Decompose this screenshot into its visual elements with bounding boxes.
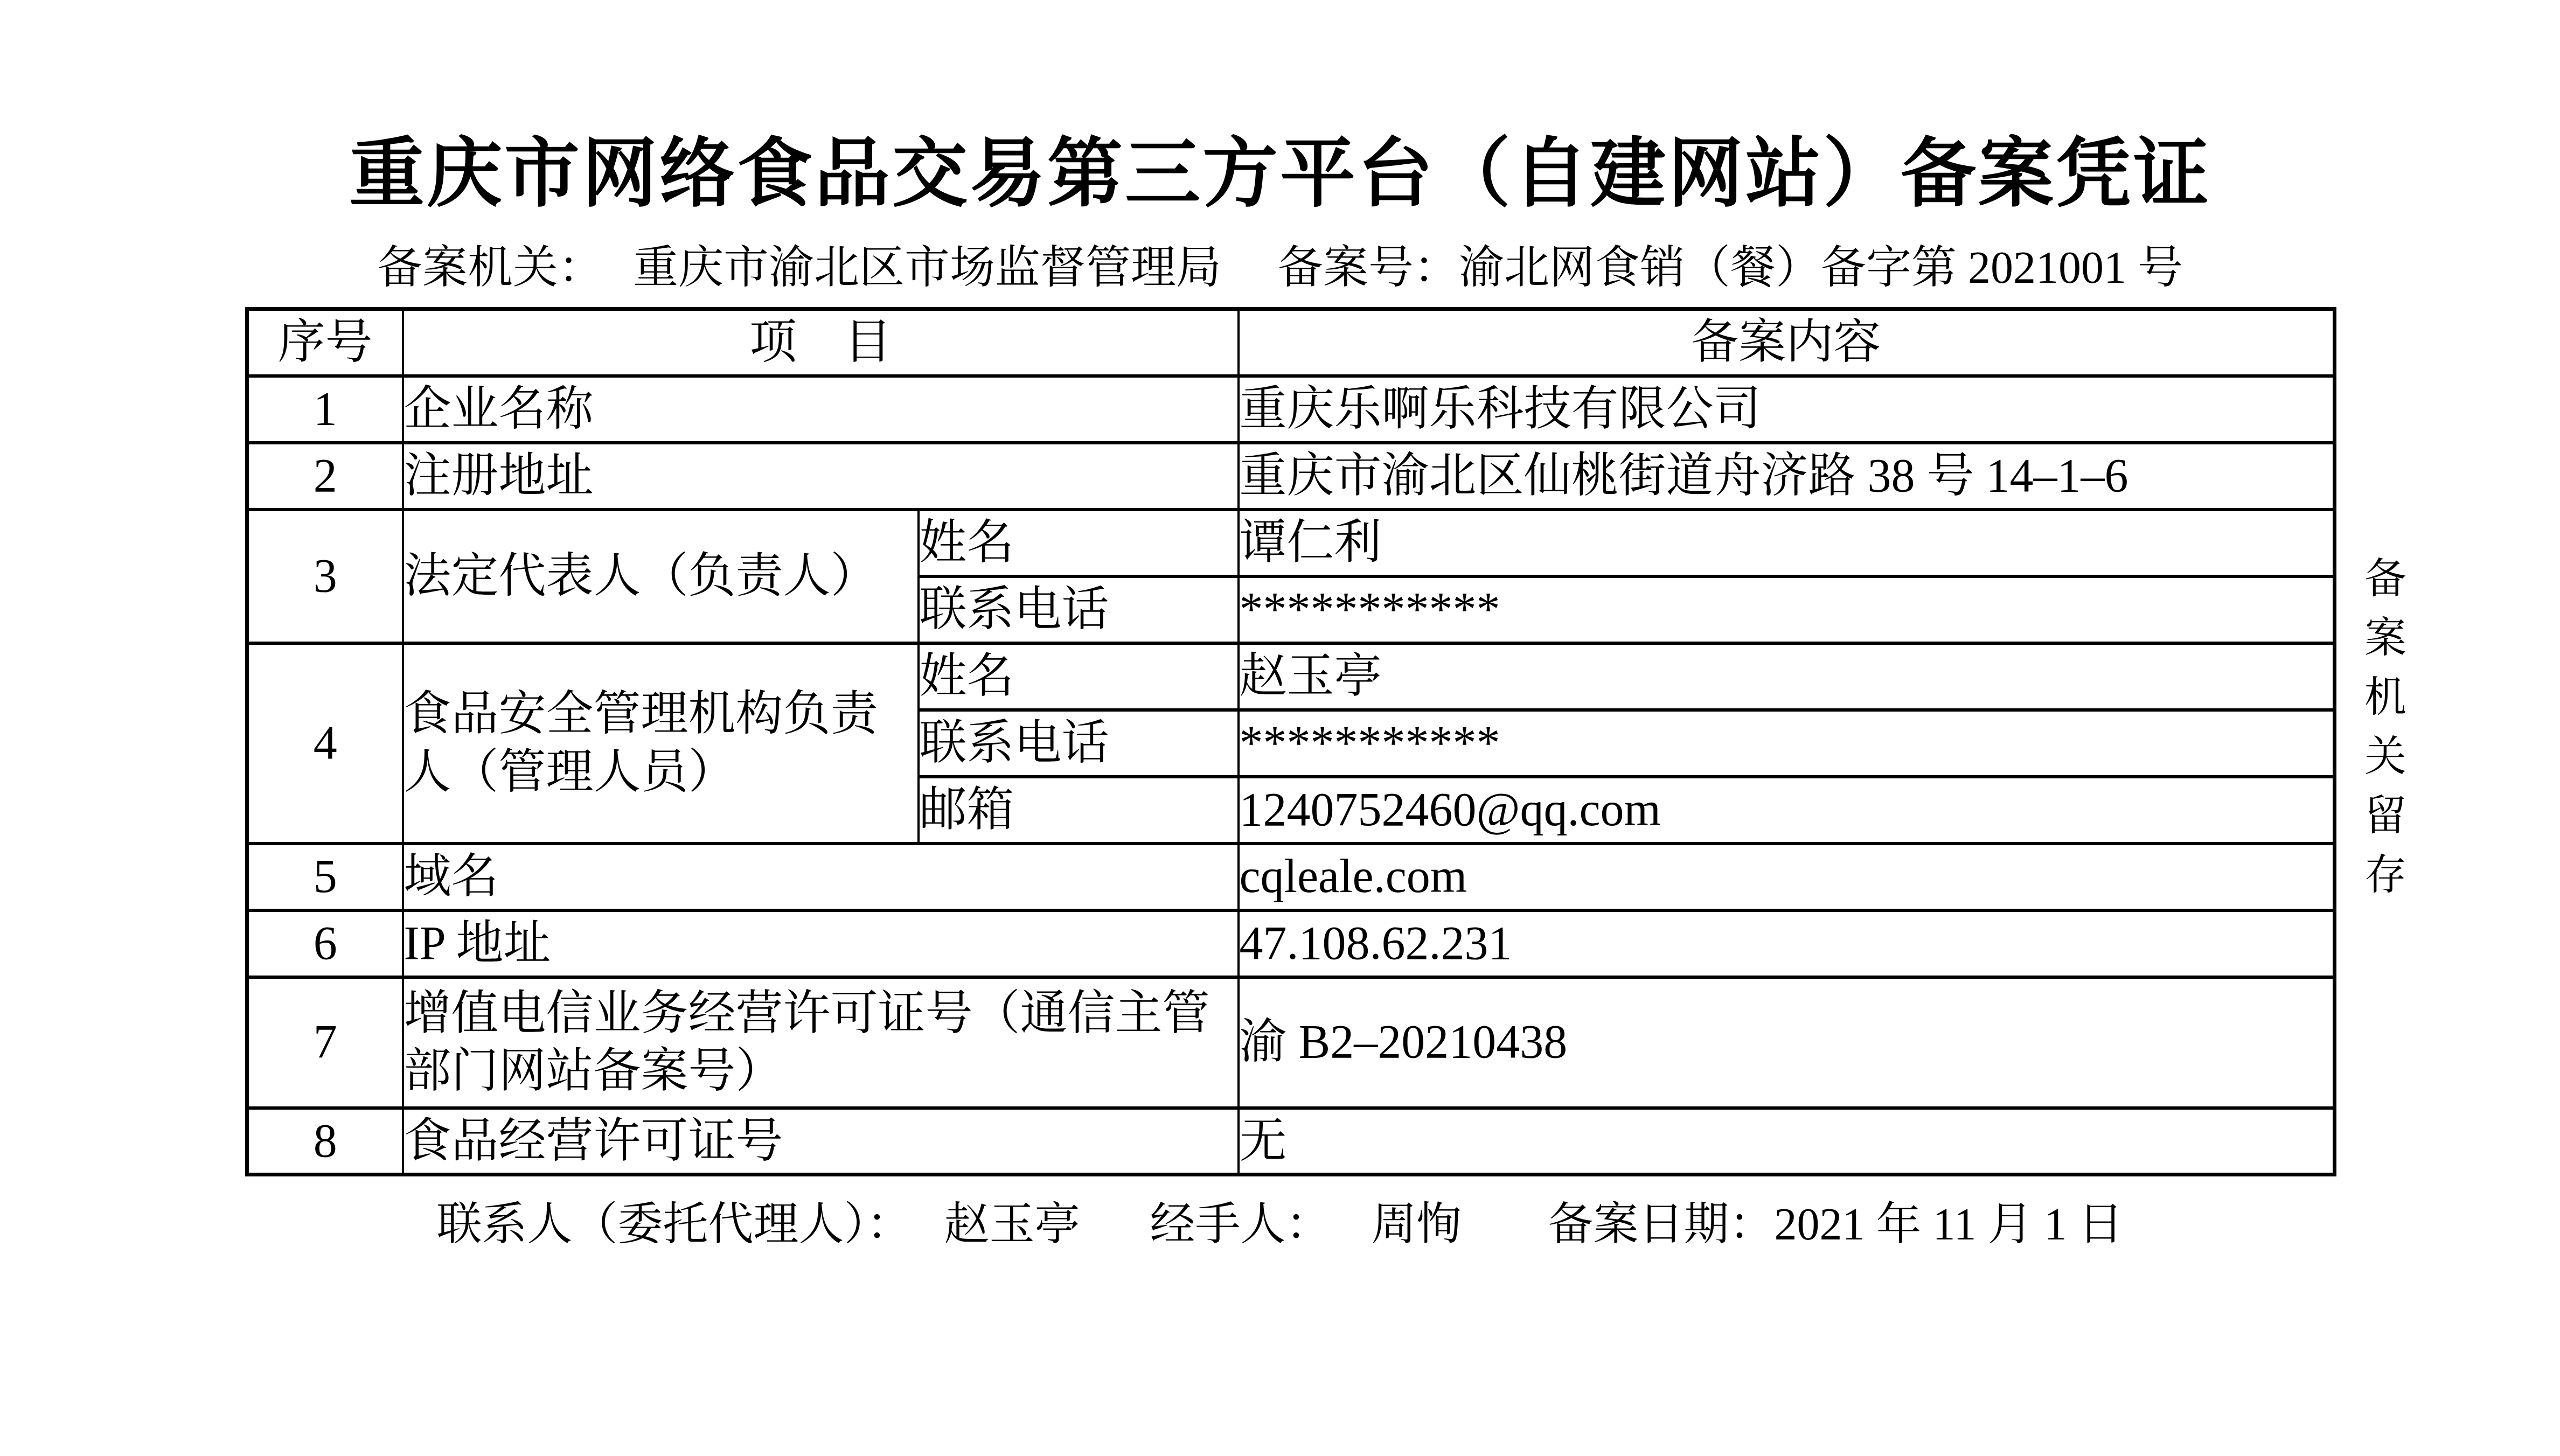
row-no: 3 — [247, 510, 403, 643]
item-value: 渝 B2–20210438 — [1239, 977, 2335, 1108]
record-no-label: 备案号： — [1278, 243, 1459, 293]
sub-value: 1240752460@qq.com — [1239, 777, 2335, 844]
item-value: 重庆乐啊乐科技有限公司 — [1239, 376, 2335, 443]
item-value: cqleale.com — [1239, 844, 2335, 910]
item-label: 法定代表人（负责人） — [403, 510, 919, 643]
handler-value: 周恂 — [1372, 1200, 1462, 1250]
authority-label: 备案机关： — [377, 243, 603, 293]
item-label: 增值电信业务经营许可证号（通信主管部门网站备案号） — [403, 977, 1239, 1108]
table-header-row: 序号 项 目 备案内容 — [247, 309, 2335, 376]
certificate-page: 重庆市网络食品交易第三方平台（自建网站）备案凭证 备案机关：重庆市渝北区市场监督… — [0, 0, 2560, 1456]
item-value: 47.108.62.231 — [1239, 910, 2335, 977]
item-label: 域名 — [403, 844, 1239, 910]
item-label: 注册地址 — [403, 443, 1239, 510]
authority-value: 重庆市渝北区市场监督管理局 — [633, 243, 1221, 293]
sub-value: *********** — [1239, 576, 2335, 643]
header-item: 项 目 — [403, 309, 1239, 376]
sub-label: 姓名 — [919, 643, 1239, 710]
sub-label: 联系电话 — [919, 710, 1239, 777]
table-row: 1 企业名称 重庆乐啊乐科技有限公司 — [247, 376, 2335, 443]
contact-label: 联系人（委托代理人）： — [437, 1200, 912, 1250]
table-row: 2 注册地址 重庆市渝北区仙桃街道舟济路 38 号 14–1–6 — [247, 443, 2335, 510]
table-row: 5 域名 cqleale.com — [247, 844, 2335, 910]
sub-value: 谭仁利 — [1239, 510, 2335, 576]
sub-value: 赵玉亭 — [1239, 643, 2335, 710]
date-label: 备案日期： — [1548, 1200, 1775, 1250]
item-label: 企业名称 — [403, 376, 1239, 443]
side-note-vertical: 备案机关留存 — [2361, 556, 2403, 911]
item-label: IP 地址 — [403, 910, 1239, 977]
sub-label: 邮箱 — [919, 777, 1239, 844]
item-value: 重庆市渝北区仙桃街道舟济路 38 号 14–1–6 — [1239, 443, 2335, 510]
header-index: 序号 — [247, 309, 403, 376]
item-value: 无 — [1239, 1108, 2335, 1175]
footer-line: 联系人（委托代理人）：赵玉亭经手人：周恂备案日期：2021 年 11 月 1 日 — [0, 1200, 2560, 1250]
handler-label: 经手人： — [1150, 1200, 1331, 1250]
table-row: 4 食品安全管理机构负责人（管理人员） 姓名 赵玉亭 — [247, 643, 2335, 710]
row-no: 6 — [247, 910, 403, 977]
document-title: 重庆市网络食品交易第三方平台（自建网站）备案凭证 — [0, 129, 2560, 220]
sub-label: 联系电话 — [919, 576, 1239, 643]
contact-value: 赵玉亭 — [944, 1200, 1080, 1250]
sub-value: *********** — [1239, 710, 2335, 777]
item-label: 食品经营许可证号 — [403, 1108, 1239, 1175]
table-row: 3 法定代表人（负责人） 姓名 谭仁利 — [247, 510, 2335, 576]
table-row: 7 增值电信业务经营许可证号（通信主管部门网站备案号） 渝 B2–2021043… — [247, 977, 2335, 1108]
date-value: 2021 年 11 月 1 日 — [1775, 1200, 2124, 1250]
record-no-value: 渝北网食销（餐）备字第 2021001 号 — [1459, 243, 2183, 293]
row-no: 1 — [247, 376, 403, 443]
header-content: 备案内容 — [1239, 309, 2335, 376]
row-no: 2 — [247, 443, 403, 510]
registration-table: 序号 项 目 备案内容 1 企业名称 重庆乐啊乐科技有限公司 2 注册地址 重庆… — [245, 307, 2336, 1176]
table-row: 8 食品经营许可证号 无 — [247, 1108, 2335, 1175]
row-no: 7 — [247, 977, 403, 1108]
row-no: 4 — [247, 643, 403, 844]
item-label: 食品安全管理机构负责人（管理人员） — [403, 643, 919, 844]
row-no: 5 — [247, 844, 403, 910]
row-no: 8 — [247, 1108, 403, 1175]
table-row: 6 IP 地址 47.108.62.231 — [247, 910, 2335, 977]
sub-label: 姓名 — [919, 510, 1239, 576]
meta-line: 备案机关：重庆市渝北区市场监督管理局备案号：渝北网食销（餐）备字第 202100… — [0, 243, 2560, 293]
